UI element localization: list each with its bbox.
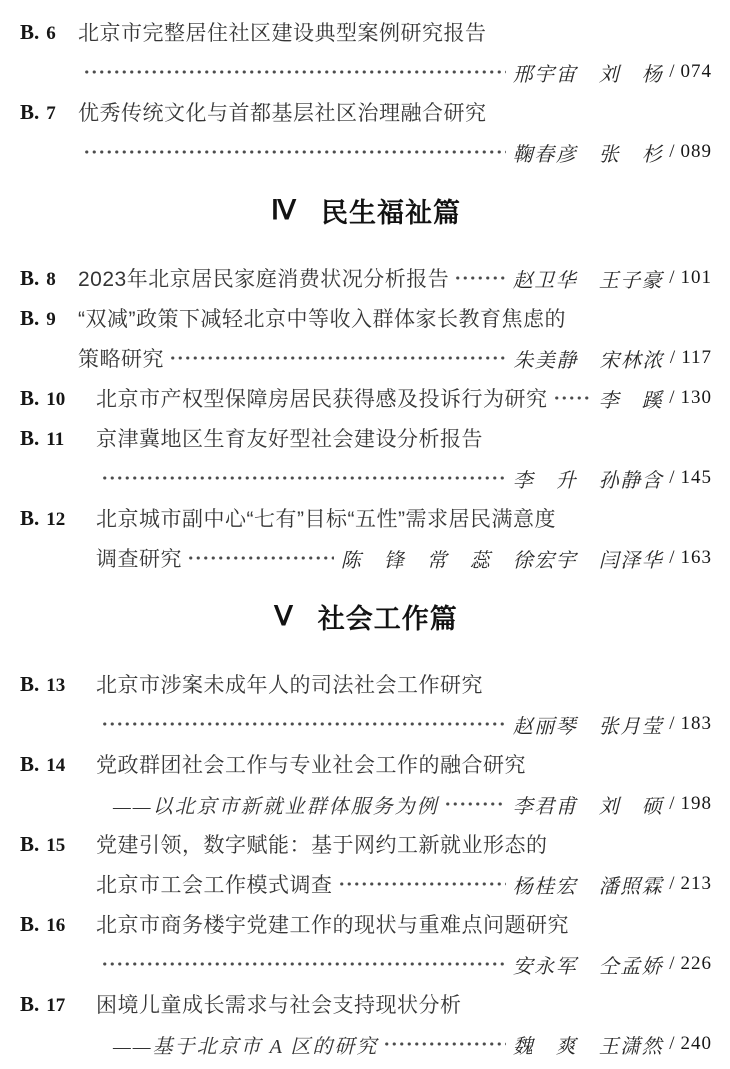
entry-page-number: 213 [681,873,713,895]
entry-number: B.13 [20,672,96,697]
entry-authors: 赵丽琴 张月莹 [513,710,664,739]
entry-number-value: 13 [46,675,65,696]
dot-leader [553,378,592,418]
entry-line: B.9 “双减”政策下减轻北京中等收入群体家长教育焦虑的 [20,298,712,338]
entry-number: B.9 [20,306,78,331]
entry-line: B.10 北京市产权型保障房居民获得感及投诉行为研究 李 蹊 / 130 [20,378,712,418]
entry-line: B.6 北京市完整居住社区建设典型案例研究报告 [20,12,712,52]
dot-leader [101,704,506,744]
entry-subtitle: ——基于北京市 A 区的研究 [113,1030,378,1059]
entry-page-number: 074 [681,61,713,83]
toc-entry-b6: B.6 北京市完整居住社区建设典型案例研究报告 邢宇宙 刘 杨 / 074 [20,12,712,92]
dot-leader [101,458,506,498]
entry-authors: 鞠春彦 张 杉 [513,138,664,167]
page-separator: / [669,873,674,895]
entry-number-value: 10 [46,389,65,410]
entry-number-value: 14 [46,755,65,776]
entry-number: B.12 [20,506,96,531]
entry-continuation-line: 安永军 仝孟娇 / 226 [20,944,712,984]
page-separator: / [669,267,674,289]
entry-page-number: 089 [681,141,713,163]
page-separator: / [669,61,674,83]
entry-number-prefix: B. [20,992,39,1016]
page-separator: / [669,713,674,735]
entry-page-number: 226 [681,953,713,975]
entry-number-value: 6 [46,23,56,44]
page-separator: / [669,141,674,163]
entry-line: B.13 北京市涉案未成年人的司法社会工作研究 [20,664,712,704]
section-header-minsheng: Ⅳ 民生福祉篇 [20,190,712,230]
entry-title: 困境儿童成长需求与社会支持现状分析 [96,989,462,1019]
page-separator: / [669,387,674,409]
entry-number-prefix: B. [20,306,39,330]
entry-page-number: 101 [681,267,713,289]
section-roman-numeral: Ⅴ [274,601,293,632]
entry-page-number: 198 [681,793,713,815]
entry-title: 北京市涉案未成年人的司法社会工作研究 [96,669,483,699]
section-name: 社会工作篇 [318,597,458,636]
entry-page-number: 163 [681,547,713,569]
entry-subtitle: ——以北京市新就业群体服务为例 [113,790,439,819]
page-separator: / [669,1033,674,1055]
entry-number-prefix: B. [20,266,39,290]
entry-page-number: 130 [681,387,713,409]
entry-title: 北京市商务楼宇党建工作的现状与重难点问题研究 [96,909,569,939]
entry-number: B.16 [20,912,96,937]
entry-number-prefix: B. [20,100,39,124]
entry-authors: 朱美静 宋林浓 [513,344,664,373]
entry-number-value: 16 [46,915,65,936]
entry-number-prefix: B. [20,912,39,936]
dot-leader [83,52,506,92]
toc-entry-b11: B.11 京津冀地区生育友好型社会建设分析报告 李 升 孙静含 / 145 [20,418,712,498]
toc-entry-b10: B.10 北京市产权型保障房居民获得感及投诉行为研究 李 蹊 / 130 [20,378,712,418]
entry-number-prefix: B. [20,426,39,450]
entry-number-value: 17 [46,995,65,1016]
entry-continuation-line: 策略研究 朱美静 宋林浓 / 117 [20,338,712,378]
entry-continuation-line: 北京市工会工作模式调查 杨桂宏 潘照霖 / 213 [20,864,712,904]
entry-authors: 邢宇宙 刘 杨 [513,58,664,87]
toc-entry-b8: B.8 2023年北京居民家庭消费状况分析报告 赵卫华 王子豪 / 101 [20,258,712,298]
entry-title: 北京市产权型保障房居民获得感及投诉行为研究 [96,383,548,413]
entry-authors: 安永军 仝孟娇 [513,950,664,979]
entry-title: “双减”政策下减轻北京中等收入群体家长教育焦虑的 [78,303,566,333]
entry-number: B.8 [20,266,78,291]
entry-title: 2023年北京居民家庭消费状况分析报告 [78,263,449,293]
toc-entry-b9: B.9 “双减”政策下减轻北京中等收入群体家长教育焦虑的 策略研究 朱美静 宋林… [20,298,712,378]
entry-number: B.17 [20,992,96,1017]
page-separator: / [669,793,674,815]
page-separator: / [669,547,674,569]
entry-line: B.17 困境儿童成长需求与社会支持现状分析 [20,984,712,1024]
entry-page-number: 240 [681,1033,713,1055]
toc-entry-b16: B.16 北京市商务楼宇党建工作的现状与重难点问题研究 安永军 仝孟娇 / 22… [20,904,712,984]
dot-leader [454,258,506,298]
entry-number-value: 8 [46,269,56,290]
toc-page: B.6 北京市完整居住社区建设典型案例研究报告 邢宇宙 刘 杨 / 074 B.… [0,0,730,1069]
entry-number-value: 9 [46,309,56,330]
entry-title-continued: 调查研究 [96,543,182,573]
entry-authors: 杨桂宏 潘照霖 [513,870,664,899]
entry-title: 北京城市副中心“七有”目标“五性”需求居民满意度 [96,503,556,533]
entry-subtitle-line: ——以北京市新就业群体服务为例 李君甫 刘 硕 / 198 [20,784,712,824]
section-name: 民生福祉篇 [321,191,461,230]
entry-line: B.8 2023年北京居民家庭消费状况分析报告 赵卫华 王子豪 / 101 [20,258,712,298]
dot-leader [187,538,334,578]
entry-continuation-line: 鞠春彦 张 杉 / 089 [20,132,712,172]
entry-title-continued: 北京市工会工作模式调查 [96,869,333,899]
page-separator: / [670,347,675,369]
entry-title: 党建引领，数字赋能：基于网约工新就业形态的 [96,829,548,859]
entry-number-prefix: B. [20,506,39,530]
entry-authors: 李君甫 刘 硕 [513,790,664,819]
page-separator: / [669,953,674,975]
entry-number: B.10 [20,386,96,411]
section-header-shehui: Ⅴ 社会工作篇 [20,596,712,636]
entry-number-value: 11 [46,429,64,450]
entry-title-continued: 策略研究 [78,343,164,373]
entry-number-prefix: B. [20,386,39,410]
entry-authors: 李 升 孙静含 [513,464,664,493]
entry-line: B.11 京津冀地区生育友好型社会建设分析报告 [20,418,712,458]
entry-line: B.12 北京城市副中心“七有”目标“五性”需求居民满意度 [20,498,712,538]
entry-continuation-line: 李 升 孙静含 / 145 [20,458,712,498]
toc-entry-b7: B.7 优秀传统文化与首都基层社区治理融合研究 鞠春彦 张 杉 / 089 [20,92,712,172]
entry-number: B.7 [20,100,78,125]
entry-authors: 赵卫华 王子豪 [513,264,664,293]
entry-subtitle-line: ——基于北京市 A 区的研究 魏 爽 王潇然 / 240 [20,1024,712,1064]
entry-title: 京津冀地区生育友好型社会建设分析报告 [96,423,483,453]
entry-line: B.16 北京市商务楼宇党建工作的现状与重难点问题研究 [20,904,712,944]
toc-entry-b15: B.15 党建引领，数字赋能：基于网约工新就业形态的 北京市工会工作模式调查 杨… [20,824,712,904]
entry-authors: 李 蹊 [599,384,664,413]
dot-leader [83,132,506,172]
entry-continuation-line: 调查研究 陈 锋 常 蕊 徐宏宇 闫泽华 / 163 [20,538,712,578]
entry-line: B.14 党政群团社会工作与专业社会工作的融合研究 [20,744,712,784]
entry-title: 北京市完整居住社区建设典型案例研究报告 [78,17,487,47]
toc-entry-b13: B.13 北京市涉案未成年人的司法社会工作研究 赵丽琴 张月莹 / 183 [20,664,712,744]
toc-entry-b17: B.17 困境儿童成长需求与社会支持现状分析 ——基于北京市 A 区的研究 魏 … [20,984,712,1064]
entry-number: B.6 [20,20,78,45]
toc-entry-b14: B.14 党政群团社会工作与专业社会工作的融合研究 ——以北京市新就业群体服务为… [20,744,712,824]
entry-page-number: 145 [681,467,713,489]
entry-number-value: 15 [46,835,65,856]
entry-number-prefix: B. [20,752,39,776]
page-separator: / [669,467,674,489]
dot-leader [169,338,506,378]
entry-page-number: 117 [681,347,712,369]
dot-leader [383,1024,505,1064]
entry-authors: 魏 爽 王潇然 [513,1030,664,1059]
dot-leader [338,864,506,904]
entry-authors: 陈 锋 常 蕊 徐宏宇 闫泽华 [341,544,664,573]
entry-number-value: 7 [46,103,56,124]
entry-number-prefix: B. [20,20,39,44]
entry-number-value: 12 [46,509,65,530]
section-roman-numeral: Ⅳ [271,195,297,226]
dot-leader [444,784,506,824]
entry-continuation-line: 赵丽琴 张月莹 / 183 [20,704,712,744]
entry-page-number: 183 [681,713,713,735]
entry-number: B.15 [20,832,96,857]
entry-number: B.11 [20,426,96,451]
entry-line: B.15 党建引领，数字赋能：基于网约工新就业形态的 [20,824,712,864]
entry-number-prefix: B. [20,832,39,856]
entry-title: 优秀传统文化与首都基层社区治理融合研究 [78,97,487,127]
entry-line: B.7 优秀传统文化与首都基层社区治理融合研究 [20,92,712,132]
entry-number: B.14 [20,752,96,777]
dot-leader [101,944,506,984]
toc-entry-b12: B.12 北京城市副中心“七有”目标“五性”需求居民满意度 调查研究 陈 锋 常… [20,498,712,578]
entry-continuation-line: 邢宇宙 刘 杨 / 074 [20,52,712,92]
entry-number-prefix: B. [20,672,39,696]
entry-title: 党政群团社会工作与专业社会工作的融合研究 [96,749,526,779]
